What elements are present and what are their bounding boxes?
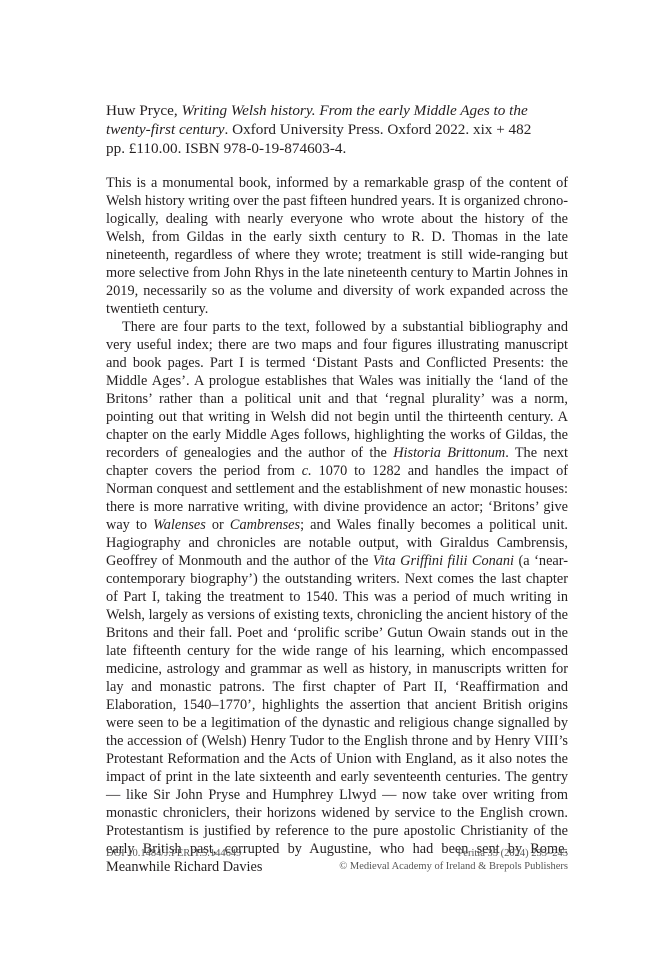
text-run: or <box>206 517 230 533</box>
journal-info: Peritia 35 (2024) 235–245 © Medieval Aca… <box>339 847 568 873</box>
italic-title: Historia Brittonum <box>393 445 505 461</box>
paragraph-1: This is a monumental book, informed by a… <box>106 174 568 318</box>
book-citation: Huw Pryce, Writing Welsh history. From t… <box>106 101 536 158</box>
doi: DOI 10.1484/J.PERIT.5.144649 <box>106 847 241 860</box>
italic-abbrev: c. <box>302 463 312 479</box>
italic-term: Walenses <box>153 517 206 533</box>
copyright: © Medieval Academy of Ireland & Brepols … <box>339 860 568 873</box>
review-page: Huw Pryce, Writing Welsh history. From t… <box>106 101 568 876</box>
paragraph-2: There are four parts to the text, follow… <box>106 318 568 876</box>
text-run: (a ‘near-contemporary biography’) the ou… <box>106 553 568 875</box>
italic-term: Cambrenses <box>230 517 300 533</box>
italic-title: Vita Griffini filii Conani <box>373 553 514 569</box>
citation-author: Huw Pryce, <box>106 102 182 119</box>
review-body: This is a monumental book, informed by a… <box>106 174 568 876</box>
text-run: There are four parts to the text, follow… <box>106 319 568 461</box>
journal-citation: Peritia 35 (2024) 235–245 <box>339 847 568 860</box>
